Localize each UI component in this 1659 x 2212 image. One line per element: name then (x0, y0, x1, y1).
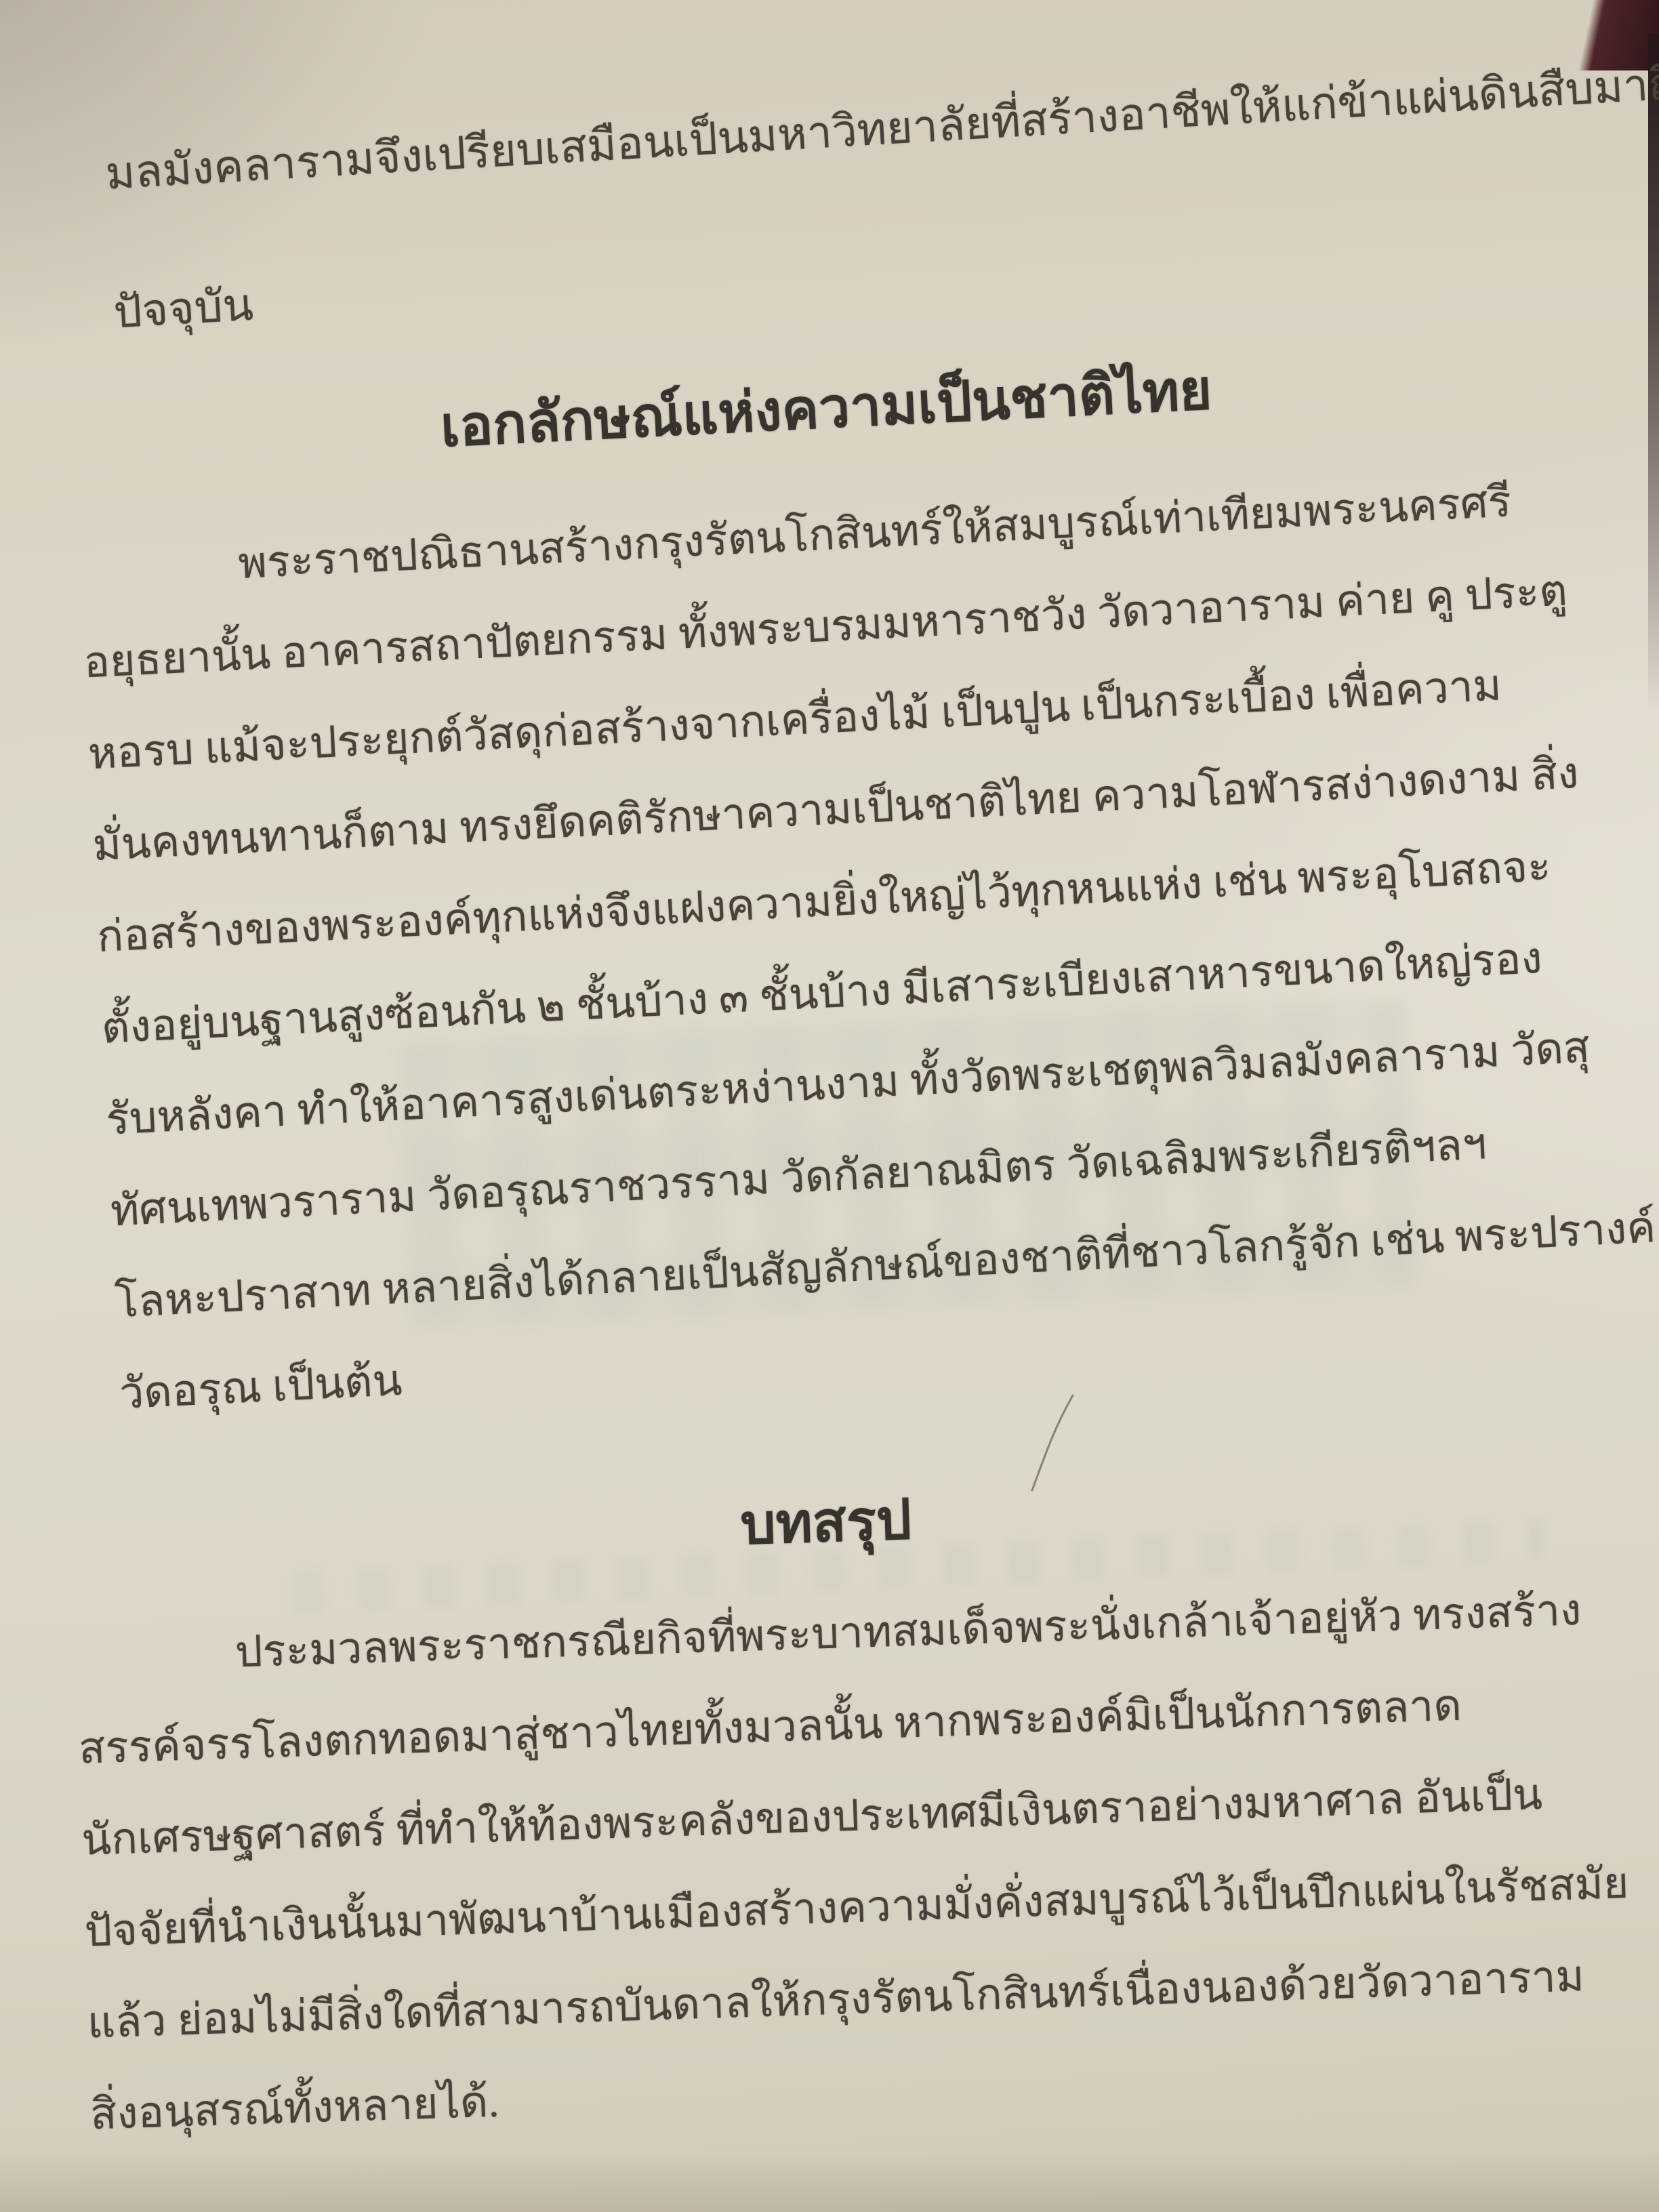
stray-hair-mark (1020, 1393, 1081, 1494)
summary-paragraph: ประมวลพระราชกรณียกิจที่พระบาทสมเด็จพระนั… (75, 1564, 1599, 2160)
section-heading-summary: บทสรุป (71, 1458, 1581, 1587)
section-summary: บทสรุป ประมวลพระราชกรณียกิจที่พระบาทสมเด… (71, 1458, 1599, 2160)
section-national-identity: เอกลักษณ์แห่งความเป็นชาติไทย พระราชปณิธา… (71, 331, 1628, 1439)
national-identity-paragraph: พระราชปณิธานสร้างกรุงรัตนโกสินทร์ให้สมบู… (77, 452, 1628, 1439)
book-page-photo: มลมังคลารามจึงเปรียบเสมือนเป็นมหาวิทยาลั… (0, 0, 1659, 2212)
continuation-paragraph: มลมังคลารามจึงเปรียบเสมือนเป็นมหาวิทยาลั… (102, 18, 1633, 382)
printed-text-layer: มลมังคลารามจึงเปรียบเสมือนเป็นมหาวิทยาลั… (0, 0, 1659, 2212)
